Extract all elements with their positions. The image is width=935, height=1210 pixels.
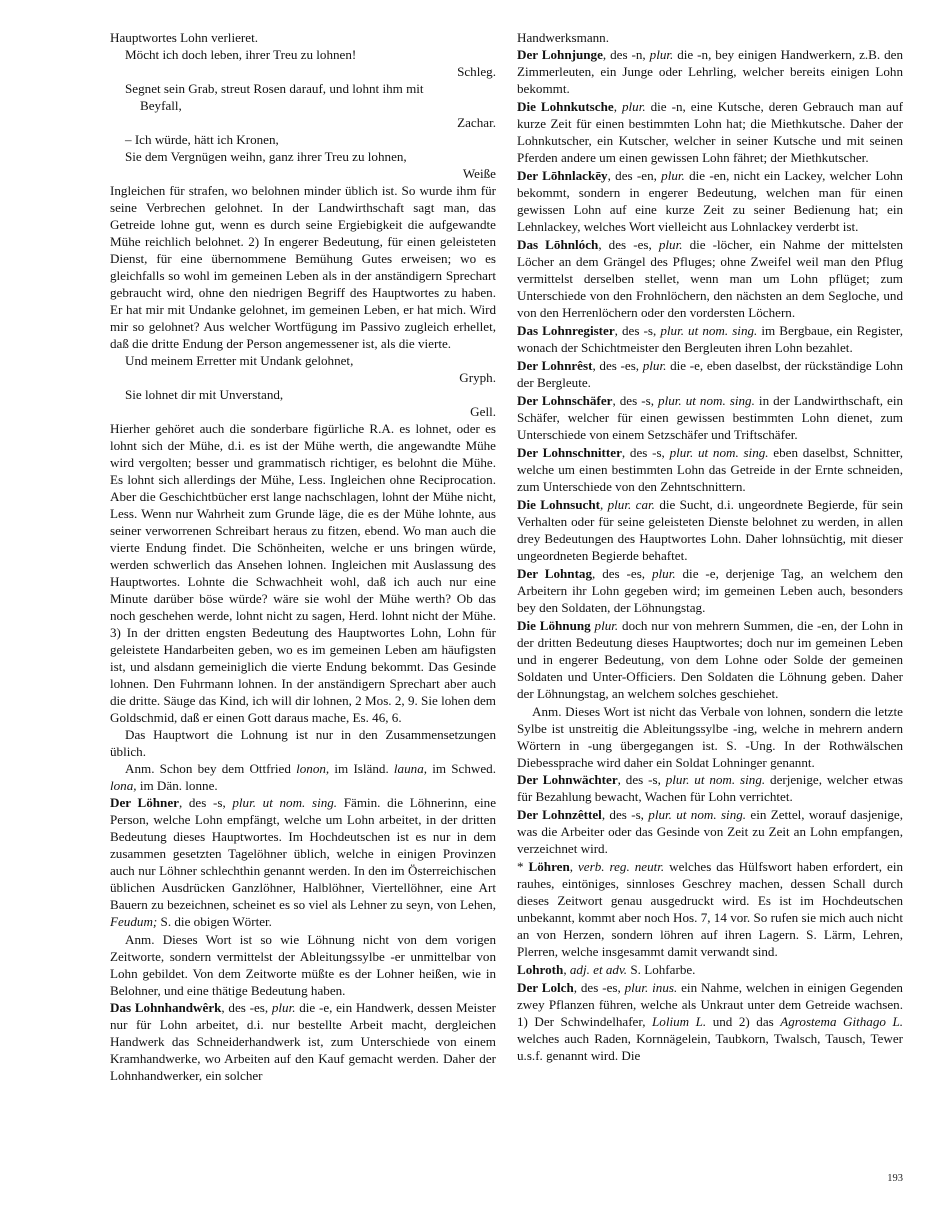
continuation-text: Handwerksmann. <box>517 29 903 46</box>
entry-list: Der Lohnjunge, des -n, plur. die -n, bey… <box>517 46 903 702</box>
grammar-note: verb. reg. neutr. <box>578 859 664 874</box>
source-citation: Schleg. <box>110 63 496 80</box>
lemma: Das Lohnregister <box>517 323 615 338</box>
verse-line: Beyfall, <box>110 97 496 114</box>
dictionary-entry: Das Lohnregister, des -s, plur. ut nom. … <box>517 322 903 356</box>
lemma: Der Lohnschnitter <box>517 445 622 460</box>
entry-loehner: Der Löhner, des -s, plur. ut nom. sing. … <box>110 794 496 930</box>
dictionary-entry: Der Lohnschnitter, des -s, plur. ut nom.… <box>517 444 903 495</box>
grammar-note: plur. <box>595 618 619 633</box>
verse-line: – Ich würde, hätt ich Kronen, <box>110 131 496 148</box>
lemma: Der Lohnwächter <box>517 772 618 787</box>
source-citation: Weiße <box>110 165 496 182</box>
source-citation: Gryph. <box>110 369 496 386</box>
body-paragraph: Das Hauptwort die Lohnung ist nur in den… <box>110 726 496 760</box>
lemma: Die Lohnkutsche <box>517 99 614 114</box>
dictionary-entry: Lohroth, adj. et adv. S. Lohfarbe. <box>517 961 903 978</box>
dictionary-entry: Der Lohnjunge, des -n, plur. die -n, bey… <box>517 46 903 97</box>
grammar-note: plur. ut nom. sing. <box>670 445 769 460</box>
lemma: Der Lohnjunge <box>517 47 603 62</box>
grammar-note: plur. <box>652 566 676 581</box>
grammar-note: plur. ut nom. sing. <box>660 323 757 338</box>
lemma: Der Lōhnlackēy <box>517 168 608 183</box>
grammar-note: plur. car. <box>608 497 655 512</box>
dictionary-entry: Der Lohntag, des -es, plur. die -e, derj… <box>517 565 903 616</box>
grammar-note: plur. inus. <box>625 980 678 995</box>
lemma: Der Lolch <box>517 980 574 995</box>
body-paragraph: Hierher gehöret auch die sonderbare figü… <box>110 420 496 726</box>
left-column: Hauptwortes Lohn verlieret. Möcht ich do… <box>110 29 496 1085</box>
dictionary-entry: Der Lōhnlackēy, des -en, plur. die -en, … <box>517 167 903 235</box>
lemma: Der Lohnschäfer <box>517 393 612 408</box>
lemma: Der Lohnzêttel <box>517 807 602 822</box>
entry-list: Der Lohnwächter, des -s, plur. ut nom. s… <box>517 771 903 978</box>
grammar-note: plur. <box>661 168 685 183</box>
annotation-paragraph: Anm. Schon bey dem Ottfried lonon, im Is… <box>110 760 496 794</box>
source-citation: Gell. <box>110 403 496 420</box>
verse-line: Sie lohnet dir mit Unverstand, <box>110 386 496 403</box>
grammar-note: plur. ut nom. sing. <box>232 795 337 810</box>
dictionary-entry: Der Lohnwächter, des -s, plur. ut nom. s… <box>517 771 903 805</box>
lemma: Der Lohnrêst <box>517 358 592 373</box>
entry-lolch: Der Lolch, des -es, plur. inus. ein Nahm… <box>517 979 903 1064</box>
body-paragraph: Ingleichen für strafen, wo belohnen mind… <box>110 182 496 352</box>
page-number: 193 <box>887 1173 903 1184</box>
lemma: Die Löhnung <box>517 618 591 633</box>
grammar-note: adj. et adv. <box>570 962 627 977</box>
lemma: Der Lohntag <box>517 566 592 581</box>
right-column: Handwerksmann. Der Lohnjunge, des -n, pl… <box>517 29 903 1065</box>
dictionary-entry: Der Lohnzêttel, des -s, plur. ut nom. si… <box>517 806 903 857</box>
verse-line: Segnet sein Grab, streut Rosen darauf, u… <box>110 80 496 97</box>
verse-line: Möcht ich doch leben, ihrer Treu zu lohn… <box>110 46 496 63</box>
verse-line: Sie dem Vergnügen weihn, ganz ihrer Treu… <box>110 148 496 165</box>
grammar-note: plur. <box>272 1000 296 1015</box>
dictionary-page: Hauptwortes Lohn verlieret. Möcht ich do… <box>0 0 935 1210</box>
verse-line: Und meinem Erretter mit Undank gelohnet, <box>110 352 496 369</box>
grammar-note: plur. <box>650 47 674 62</box>
dictionary-entry: Die Lohnsucht, plur. car. die Sucht, d.i… <box>517 496 903 564</box>
grammar-note: plur. ut nom. sing. <box>658 393 755 408</box>
source-citation: Zachar. <box>110 114 496 131</box>
grammar-note: plur. <box>659 237 683 252</box>
continuation-text: Hauptwortes Lohn verlieret. <box>110 29 496 46</box>
dictionary-entry: Die Lohnkutsche, plur. die -n, eine Kuts… <box>517 98 903 166</box>
annotation-paragraph: Anm. Dieses Wort ist nicht das Verbale v… <box>517 703 903 771</box>
lemma: Der Löhner <box>110 795 179 810</box>
grammar-note: plur. ut nom. sing. <box>648 807 746 822</box>
entry-lohnhandwerk: Das Lohnhandwêrk, des -es, plur. die -e,… <box>110 999 496 1084</box>
grammar-note: plur. ut nom. sing. <box>666 772 765 787</box>
lemma: Die Lohnsucht <box>517 497 600 512</box>
dictionary-entry: Die Löhnung plur. doch nur von mehrern S… <box>517 617 903 702</box>
grammar-note: plur. <box>643 358 667 373</box>
grammar-note: plur. <box>622 99 646 114</box>
lemma: Das Lohnhandwêrk <box>110 1000 221 1015</box>
dictionary-entry: Der Lohnschäfer, des -s, plur. ut nom. s… <box>517 392 903 443</box>
lemma: Lohroth <box>517 962 563 977</box>
dictionary-entry: * Löhren, verb. reg. neutr. welches das … <box>517 858 903 960</box>
annotation-paragraph: Anm. Dieses Wort ist so wie Löhnung nich… <box>110 931 496 999</box>
lemma: Das Lōhnlóch <box>517 237 598 252</box>
dictionary-entry: Der Lohnrêst, des -es, plur. die -e, ebe… <box>517 357 903 391</box>
dictionary-entry: Das Lōhnlóch, des -es, plur. die -löcher… <box>517 236 903 321</box>
lemma: Löhren <box>529 859 570 874</box>
